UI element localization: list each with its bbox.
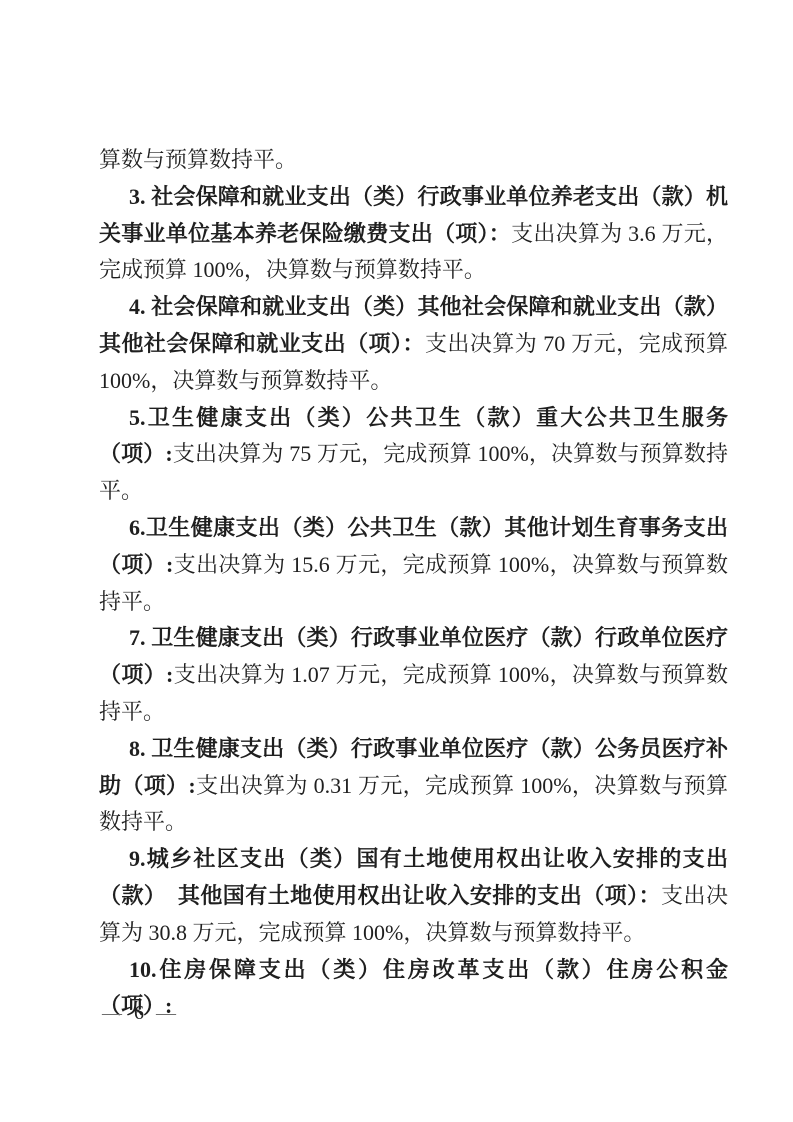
paragraph-item-5: 5.卫生健康支出（类）公共卫生（款）重大公共卫生服务（项）:支出决算为 75 万… — [99, 400, 728, 510]
paragraph-item-10: 10.住房保障支出（类）住房改革支出（款）住房公积金（项）: — [99, 952, 728, 1026]
paragraph-text: 支出决算为 15.6 万元，完成预算 100%，决算数与预算数持平。 — [99, 552, 728, 614]
paragraph-heading: 9.城乡社区支出（类）国有土地使用权出让收入安排的支出（款） 其他国有土地使用权… — [99, 846, 728, 908]
paragraph-item-6: 6.卫生健康支出（类）公共卫生（款）其他计划生育事务支出（项）:支出决算为 15… — [99, 510, 728, 620]
paragraph-continuation: 算数与预算数持平。 — [99, 142, 728, 179]
paragraph-item-7: 7. 卫生健康支出（类）行政事业单位医疗（款）行政单位医疗（项）:支出决算为 1… — [99, 620, 728, 730]
paragraph-text: 支出决算为 75 万元，完成预算 100%，决算数与预算数持平。 — [99, 441, 728, 503]
footer-dash-right: — — [156, 1001, 176, 1025]
page-footer: — 6 — — [102, 1001, 176, 1025]
paragraph-item-9: 9.城乡社区支出（类）国有土地使用权出让收入安排的支出（款） 其他国有土地使用权… — [99, 841, 728, 951]
paragraph-item-4: 4. 社会保障和就业支出（类）其他社会保障和就业支出（款）其他社会保障和就业支出… — [99, 289, 728, 399]
paragraph-text: 算数与预算数持平。 — [99, 147, 297, 172]
paragraph-item-8: 8. 卫生健康支出（类）行政事业单位医疗（款）公务员医疗补助（项）:支出决算为 … — [99, 731, 728, 841]
page-number: 6 — [134, 1001, 144, 1025]
paragraph-heading: 10.住房保障支出（类）住房改革支出（款）住房公积金（项）: — [99, 957, 728, 1019]
document-content: 算数与预算数持平。 3. 社会保障和就业支出（类）行政事业单位养老支出（款）机关… — [99, 142, 728, 1025]
paragraph-item-3: 3. 社会保障和就业支出（类）行政事业单位养老支出（款）机关事业单位基本养老保险… — [99, 179, 728, 289]
paragraph-text: 支出决算为 1.07 万元，完成预算 100%，决算数与预算数持平。 — [99, 662, 728, 724]
footer-dash-left: — — [102, 1001, 122, 1025]
document-page: 算数与预算数持平。 3. 社会保障和就业支出（类）行政事业单位养老支出（款）机关… — [0, 0, 793, 1122]
